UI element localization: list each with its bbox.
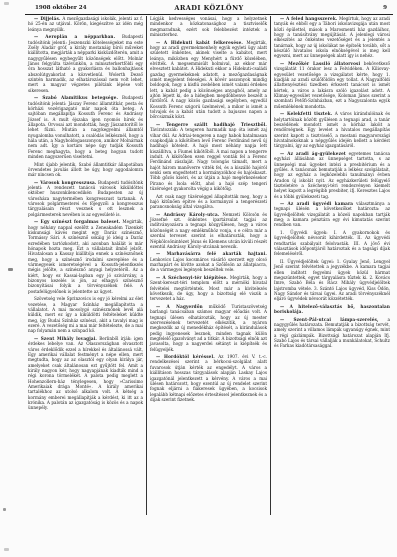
article: — A Hidekuti kabát felkeresése. Megirták… xyxy=(150,40,267,120)
article-headline: — Kelekfetti tisztek. xyxy=(280,111,332,116)
article-headline: — A hitelező-választás bő, haszontalan b… xyxy=(274,304,390,314)
article-body: 1. Ügyvédi ügyek: I. A gyakornokok és üg… xyxy=(274,230,390,256)
columns: — Dijjelás. A mezőgazdasági iskolák, jel… xyxy=(25,16,393,521)
article-headline: — Andrássy Károly-utca. xyxy=(156,212,219,217)
margin-mark xyxy=(4,548,9,551)
article-continuation: Szövetség vele Sprinzovics is egy jó kér… xyxy=(28,296,143,333)
article-body: Táviratozzák: A tengeren harmadik nap ót… xyxy=(150,127,267,191)
article: — Szent-Pál-utcai lámpa-szerelés, a nagy… xyxy=(274,317,390,349)
article: — Az aradi ügyvédi kamara választmánya a… xyxy=(274,201,390,228)
margin-mark xyxy=(8,268,13,271)
article: — Szent Mihály lovagjai. Berlinből írják… xyxy=(28,336,143,411)
article: — Városok kongresszusa. Budapesti tudósí… xyxy=(28,180,143,217)
article-body: Lógják kedvességes vonásai, hogy a helyz… xyxy=(150,16,267,37)
article: — Marhavásárra felé akarták hajtani. Len… xyxy=(150,251,267,272)
article-body: Szövetség vele Sprinzovics is egy jó kér… xyxy=(28,296,143,333)
article-headline: — A Nagyerdőn xyxy=(156,304,203,309)
article-body: Megirták, hogy néhány nappal ezelőtt a Z… xyxy=(28,219,143,293)
column-2: Lógják kedvességes vonásai, hogy a helyz… xyxy=(147,16,271,521)
article-continuation: Mint újabb jelentik, Szabó államtitkár á… xyxy=(28,162,143,178)
article-headline: — Szent Mihály lovagjai. xyxy=(34,336,97,341)
article-body: Budapesti tudósítónk jelenti: Jeszenszki… xyxy=(28,34,143,92)
article: — Hordóktól kéréssel. Az 1907. évi V. t.… xyxy=(150,354,267,402)
article-continuation: Azt csak nagy tüzérséggel állapították m… xyxy=(150,194,267,210)
article-body: Megirták, hogy az aradi gyermekmenhely e… xyxy=(150,40,267,120)
article-body: Azt csak nagy tüzérséggel állapították m… xyxy=(150,194,267,210)
newspaper-page: 1908 október 24 ARADI KÖZLÖNY 9 — Dijjel… xyxy=(25,3,393,523)
article: — A Nagyerdőn működő Turistaszövetség ba… xyxy=(150,304,267,352)
article-body: működő Turistaszövetség barlangi tanácsá… xyxy=(150,304,267,352)
article: — Tengerre szállt hadihajó Triesztből. T… xyxy=(150,122,267,191)
article-headline: — A feled hangsszerek. xyxy=(280,16,337,21)
article-body: Mint újabb jelentik, Szabó államtitkár á… xyxy=(28,162,143,178)
article: — A Széchenyi-tér kiépítése. Megirták, h… xyxy=(150,275,267,302)
article: — Egy színészt forgalmas baleset. Megirt… xyxy=(28,219,143,294)
article-headline: — Városok kongresszusa. xyxy=(34,180,96,185)
page-bottom-margin xyxy=(25,515,393,557)
article-headline: — Hordóktól kéréssel. xyxy=(156,354,215,359)
article-headline: — Egy színészt forgalmas baleset. xyxy=(34,219,120,224)
article-body: egyetemes tanácsa egyházi állásában az ü… xyxy=(274,151,390,199)
margin-mark xyxy=(4,2,9,5)
column-1: — Dijjelás. A mezőgazdasági iskolák, jel… xyxy=(25,16,147,521)
article-headline: — Az aradi ügyvédi kamara xyxy=(280,201,353,206)
page-header: 1908 október 24 ARADI KÖZLÖNY 9 xyxy=(25,3,393,15)
margin-mark xyxy=(3,508,6,511)
article-body: bekövetkező vizsgálatát 11 órakor lesz a… xyxy=(274,61,390,109)
article-headline: — Marhavásárra felé akarták hajtani. xyxy=(156,251,267,256)
article: — Az aradi ág-gyülekezet egyetemes tanác… xyxy=(274,151,390,199)
article-body: A város kirándulóinak és helytartóinak k… xyxy=(274,111,390,148)
article-body: II. Ügyvédjelöltek ügyei: 1. Gyalay Jenő… xyxy=(274,259,390,301)
article-headline: — A Széchenyi-tér kiépítése. xyxy=(156,275,228,280)
article-headline: — A Hidekuti kabát felkeresése. xyxy=(156,40,243,45)
article-headline: — Aeroplán a népparkban. xyxy=(34,34,115,39)
article-body: Budapesti tudósítónk jelenti: Jászay Fer… xyxy=(28,95,143,159)
article: — A feled hangsszerek. Megírtuk, hogy az… xyxy=(274,16,390,59)
article-headline: — Szent-Pál-utcai lámpa-szerelés, xyxy=(280,317,379,322)
article-continuation: Lógják kedvességes vonásai, hogy a helyz… xyxy=(150,16,267,37)
article: — Mezőkér Lassiló állatorvosi bekövetkez… xyxy=(274,61,390,109)
article-body: Lenkovics Lajos kocsmáros vásárló szerze… xyxy=(150,257,267,273)
article-body: Nemzeti Kölcsön és Józsefné szt. önkénte… xyxy=(150,212,267,249)
article: — A hitelező-választás bő, haszontalan b… xyxy=(274,304,390,315)
article-headline: — Tengerre szállt hadihajó Triesztből. xyxy=(156,122,267,127)
page-number: 9 xyxy=(383,5,387,11)
article-list: II. Ügyvédjelöltek ügyei: 1. Gyalay Jenő… xyxy=(274,259,390,302)
article: — Aeroplán a népparkban. Budapesti tudós… xyxy=(28,34,143,93)
article-headline: — Az aradi ág-gyülekezet xyxy=(280,151,346,156)
article: — Dijjelás. A mezőgazdasági iskolák, jel… xyxy=(28,16,143,32)
article-headline: — Mezőkér Lassiló állatorvosi xyxy=(280,61,360,66)
article: — Andrássy Károly-utca. Nemzeti Kölcsön … xyxy=(150,212,267,249)
article-body: Budapesti tudósítónk jelenti: A rendezet… xyxy=(28,180,143,217)
article-body: a nagygyűlés határozata. Bemutatják a bi… xyxy=(274,317,390,349)
column-3: — A feled hangsszerek. Megírtuk, hogy az… xyxy=(271,16,393,521)
article-body: Megírtuk, hogy az aradi tanyák és ebből … xyxy=(274,16,390,58)
newspaper-title: ARADI KÖZLÖNY xyxy=(25,4,393,12)
article-body: Az 1907. évi V. t.-c. rendelkezései szer… xyxy=(150,354,267,402)
article-headline: — Szabó Alamitikus betegsége. xyxy=(34,95,118,100)
article-headline: — Dijjelás. xyxy=(34,16,61,21)
article-body: Berlinből írják: igen érdekes lebelye va… xyxy=(28,336,143,410)
article: — Szabó Alamitikus betegsége. Budapesti … xyxy=(28,95,143,159)
article: — Kelekfetti tisztek. A város kirándulói… xyxy=(274,111,390,148)
article-list: 1. Ügyvédi ügyek: I. A gyakornokok és üg… xyxy=(274,230,390,257)
